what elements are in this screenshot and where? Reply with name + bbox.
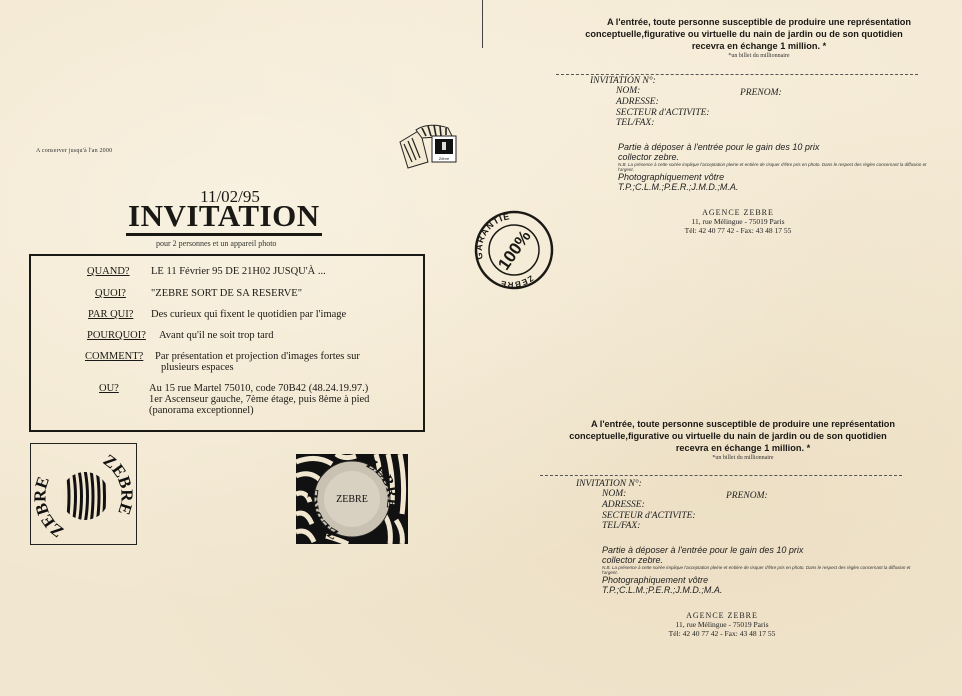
- field-adresse[interactable]: ADRESSE:: [616, 97, 659, 107]
- agency-address: 11, rue Mélingue - 75019 Paris: [622, 620, 822, 629]
- promo-line: conceptuelle,figurative ou virtuelle du …: [534, 28, 954, 40]
- agency-name: AGENCE ZEBRE: [638, 208, 838, 217]
- field-telfax[interactable]: TEL/FAX:: [616, 118, 654, 128]
- agency-phone: Tél: 42 40 77 42 - Fax: 43 48 17 55: [638, 226, 838, 235]
- promo-line: recevra en échange 1 million. *: [548, 442, 938, 454]
- zebre-stripes-logo: ZEBRE ZEBRE ZEBRE: [296, 454, 408, 544]
- row-value: Avant qu'il ne soit trop tard: [159, 330, 274, 341]
- field-nom[interactable]: NOM:: [616, 86, 640, 96]
- agency-name: AGENCE ZEBRE: [622, 611, 822, 620]
- row-value-cont: plusieurs espaces: [161, 362, 234, 373]
- cut-line: [540, 475, 902, 476]
- agency-phone: Tél: 42 40 77 42 - Fax: 43 48 17 55: [622, 629, 822, 638]
- zebra-camera-badge: Zèbre: [398, 122, 462, 170]
- zebra-seal-icon: ZEBRE ZEBRE ZEBRE: [296, 454, 408, 544]
- agency-info: AGENCE ZEBRE 11, rue Mélingue - 75019 Pa…: [638, 208, 838, 235]
- corner-note: A conserver jusqu'à l'an 2000: [36, 148, 112, 154]
- row-label: OU?: [99, 383, 119, 394]
- promo-footnote: *un billet du millionnaire: [564, 52, 954, 60]
- svg-text:ZEBRE: ZEBRE: [31, 474, 67, 541]
- prize-text: Partie à déposer à l'entrée pour le gain…: [618, 142, 938, 152]
- field-prenom[interactable]: PRENOM:: [740, 88, 782, 98]
- field-invitation-no[interactable]: INVITATION N°:: [590, 76, 656, 86]
- field-invitation-no[interactable]: INVITATION N°:: [576, 479, 642, 489]
- stamp-seal-icon: GARANTIE ZEBRE 100%: [473, 209, 555, 291]
- initials: T.P.;C.L.M.;P.E.R.;J.M.D.;M.A.: [602, 585, 922, 595]
- field-prenom[interactable]: PRENOM:: [726, 491, 768, 501]
- promo-line: conceptuelle,figurative ou virtuelle du …: [518, 430, 938, 442]
- field-telfax[interactable]: TEL/FAX:: [602, 521, 640, 531]
- guarantee-stamp: GARANTIE ZEBRE 100%: [473, 209, 555, 291]
- invitation-subtitle: pour 2 personnes et un appareil photo: [156, 239, 276, 248]
- field-secteur[interactable]: SECTEUR d'ACTIVITE:: [602, 511, 696, 521]
- agency-address: 11, rue Mélingue - 75019 Paris: [638, 217, 838, 226]
- promo-text: A l'entrée, toute personne susceptible d…: [548, 418, 938, 462]
- row-label: PAR QUI?: [88, 309, 133, 320]
- row-value: Par présentation et projection d'images …: [155, 351, 360, 362]
- zebre-globe-logo: ZEBRE ZEBRE: [30, 443, 137, 545]
- promo-line: recevra en échange 1 million. *: [564, 40, 954, 52]
- row-value: LE 11 Février 95 DE 21H02 JUSQU'À ...: [151, 266, 326, 277]
- initials: T.P.;C.L.M.;P.E.R.;J.M.D.;M.A.: [618, 182, 938, 192]
- row-value: "ZEBRE SORT DE SA RESERVE": [151, 288, 302, 299]
- signoff: Photographiquement vôtre: [618, 172, 938, 182]
- promo-text: A l'entrée, toute personne susceptible d…: [564, 16, 954, 60]
- row-value-cont: 1er Ascenseur gauche, 7ème étage, puis 8…: [149, 394, 369, 405]
- signoff: Photographiquement vôtre: [602, 575, 922, 585]
- zebra-globe-icon: ZEBRE ZEBRE: [31, 444, 136, 544]
- field-secteur[interactable]: SECTEUR d'ACTIVITE:: [616, 108, 710, 118]
- fold-line: [482, 0, 483, 48]
- promo-line: A l'entrée, toute personne susceptible d…: [564, 16, 954, 28]
- invitation-title: INVITATION: [126, 199, 322, 236]
- svg-text:100%: 100%: [494, 227, 535, 274]
- row-value-cont: (panorama exceptionnel): [149, 405, 254, 416]
- row-label: POURQUOI?: [87, 330, 146, 341]
- prize-text: Partie à déposer à l'entrée pour le gain…: [602, 545, 922, 555]
- row-label: COMMENT?: [85, 351, 143, 362]
- promo-line: A l'entrée, toute personne susceptible d…: [548, 418, 938, 430]
- nb-note: N.B. La présence à cette soirée implique…: [602, 565, 922, 575]
- row-value: Au 15 rue Martel 75010, code 70B42 (48.2…: [149, 383, 368, 394]
- svg-text:Zèbre: Zèbre: [439, 156, 450, 161]
- prize-text: collector zebre.: [602, 555, 922, 565]
- prize-section: Partie à déposer à l'entrée pour le gain…: [602, 545, 922, 595]
- zebra-camera-icon: Zèbre: [398, 122, 462, 170]
- field-nom[interactable]: NOM:: [602, 489, 626, 499]
- agency-info: AGENCE ZEBRE 11, rue Mélingue - 75019 Pa…: [622, 611, 822, 638]
- svg-text:ZEBRE: ZEBRE: [336, 494, 368, 505]
- nb-note: N.B. La présence à cette soirée implique…: [618, 162, 938, 172]
- row-value: Des curieux qui fixent le quotidien par …: [151, 309, 346, 320]
- invitation-details-box: QUAND? LE 11 Février 95 DE 21H02 JUSQU'À…: [29, 254, 425, 432]
- prize-section: Partie à déposer à l'entrée pour le gain…: [618, 142, 938, 192]
- cut-line: [556, 74, 918, 75]
- prize-text: collector zebre.: [618, 152, 938, 162]
- row-label: QUAND?: [87, 266, 130, 277]
- field-adresse[interactable]: ADRESSE:: [602, 500, 645, 510]
- svg-text:ZEBRE: ZEBRE: [499, 273, 535, 289]
- promo-footnote: *un billet du millionnaire: [548, 454, 938, 462]
- row-label: QUOI?: [95, 288, 126, 299]
